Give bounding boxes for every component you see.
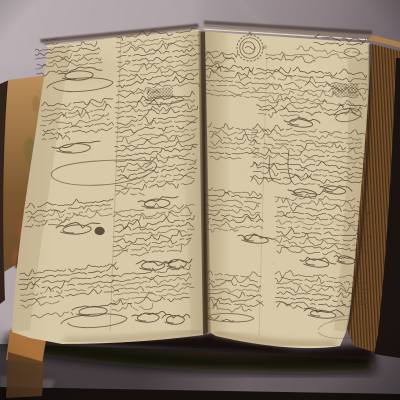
book-scene xyxy=(0,0,400,400)
photo-vignette xyxy=(0,0,400,400)
photograph-open-register xyxy=(0,0,400,400)
